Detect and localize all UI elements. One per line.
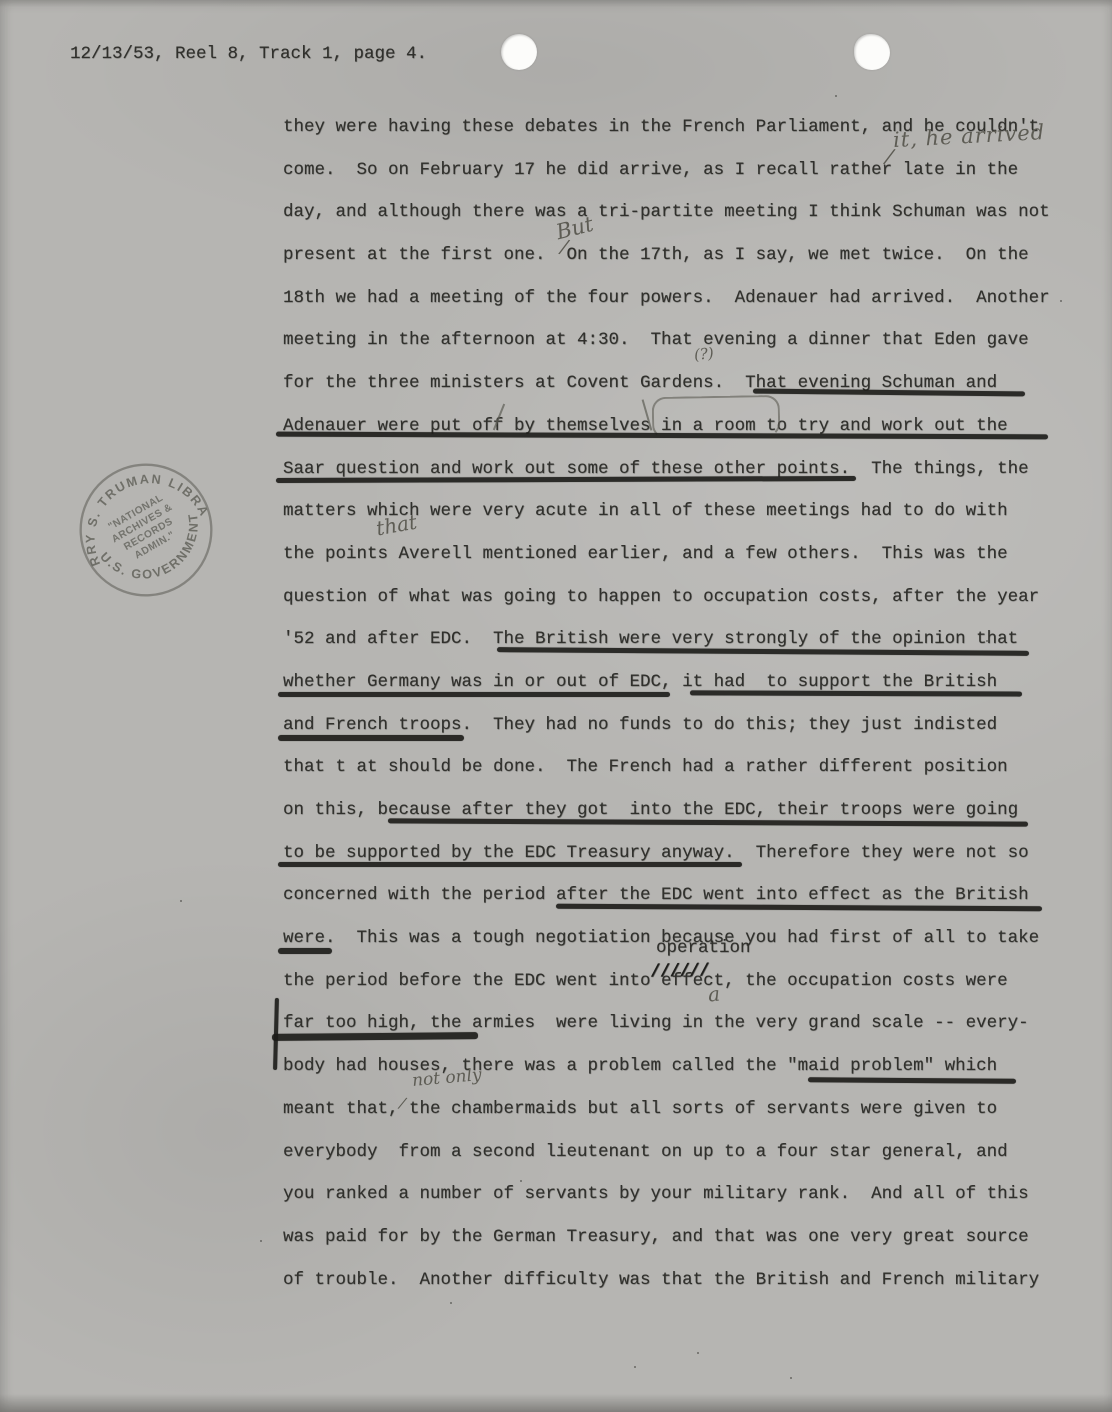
paper-speck — [520, 1180, 522, 1182]
handwritten-query-mark: (?) — [693, 344, 715, 364]
typed-insertion-operation: operation — [656, 938, 751, 958]
paper-speck — [835, 95, 837, 97]
underline-mark — [278, 735, 464, 741]
typed-line: Saar question and work out some of these… — [283, 448, 1083, 491]
typed-text-block: they were having these debates in the Fr… — [283, 106, 1083, 1301]
typed-line: everybody from a second lieutenant on up… — [283, 1131, 1083, 1174]
typed-line: you ranked a number of servants by your … — [283, 1173, 1083, 1216]
punch-hole-right — [854, 34, 890, 70]
typed-line: whether Germany was in or out of EDC, it… — [283, 661, 1083, 704]
scan-edge-bottom — [0, 1394, 1112, 1412]
paper-speck — [634, 1366, 636, 1368]
handwritten-note-a: a — [707, 982, 721, 1007]
typed-line: was paid for by the German Treasury, and… — [283, 1216, 1083, 1259]
typed-line: present at the first one. On the 17th, a… — [283, 234, 1083, 277]
typed-line: come. So on February 17 he did arrive, a… — [283, 149, 1083, 192]
underline-mark — [278, 862, 742, 867]
typed-line: of trouble. Another difficulty was that … — [283, 1259, 1083, 1302]
underline-mark — [278, 692, 670, 697]
paper-speck — [180, 900, 182, 902]
paper-speck — [1060, 300, 1062, 302]
typed-line: 18th we had a meeting of the four powers… — [283, 277, 1083, 320]
paper-speck — [986, 640, 988, 642]
archive-stamp: HARRY S. TRUMAN LIBRARY U.S. GOVERNMENT … — [68, 452, 224, 608]
typed-line: the points Averell mentioned earlier, an… — [283, 533, 1083, 576]
paper-speck — [450, 1302, 452, 1304]
paper-speck — [260, 1240, 262, 1242]
paper-speck — [697, 1352, 699, 1354]
scan-edge-top — [0, 0, 1112, 7]
typed-line: that t at should be done. The French had… — [283, 746, 1083, 789]
typed-line: to be supported by the EDC Treasury anyw… — [283, 832, 1083, 875]
strikeout-mark: ////// — [650, 961, 709, 982]
typed-line: day, and although there was a tri-partit… — [283, 191, 1083, 234]
page-header: 12/13/53, Reel 8, Track 1, page 4. — [70, 44, 427, 64]
paper-speck — [790, 1377, 792, 1379]
typed-line: question of what was going to happen to … — [283, 576, 1083, 619]
typed-line: meeting in the afternoon at 4:30. That e… — [283, 319, 1083, 362]
document-page: 12/13/53, Reel 8, Track 1, page 4. HARRY… — [0, 0, 1112, 1412]
underline-mark — [278, 948, 332, 954]
punch-hole-left — [501, 34, 537, 70]
